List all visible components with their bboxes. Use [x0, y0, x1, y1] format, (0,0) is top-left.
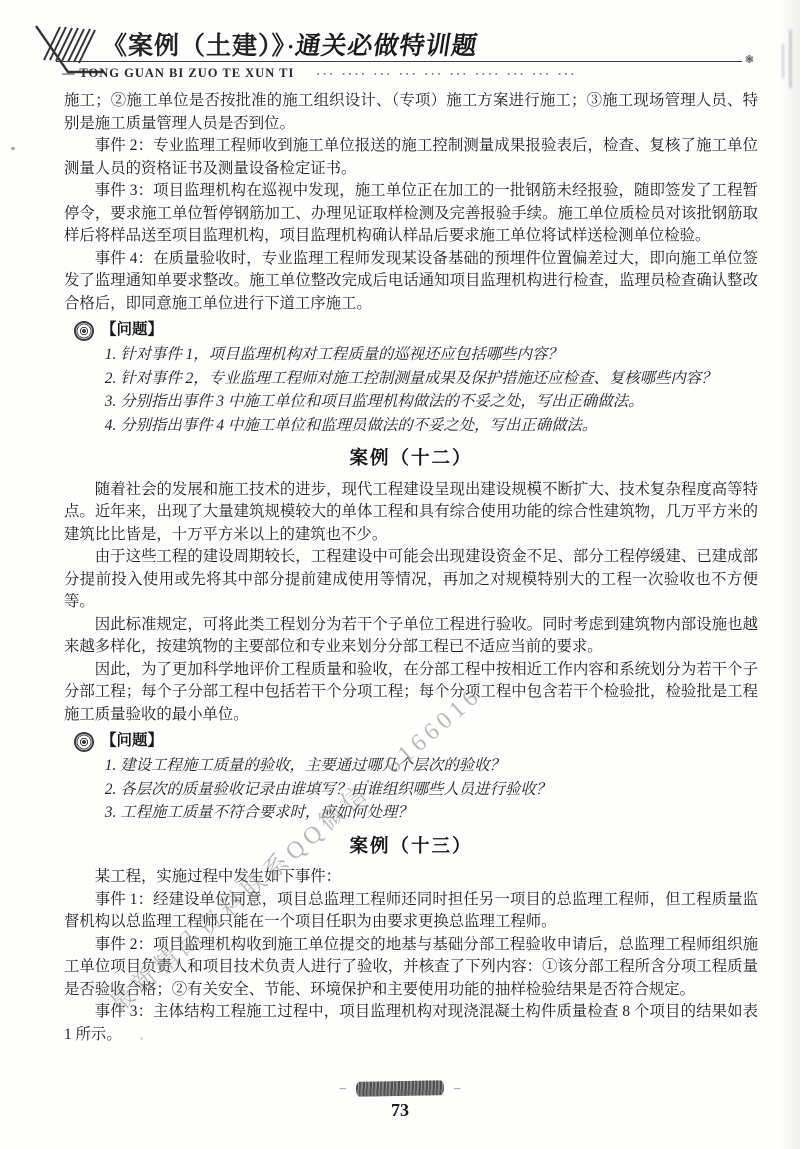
- case12-question-2: 2. 各层次的质量验收记录由谁填写？由谁组织哪些人员进行验收？: [74, 778, 758, 802]
- book-title-series: 《案例（土建）》: [102, 32, 285, 60]
- scanned-textbook-page: 《案例（土建）》·通关必做特训题 ❃ — TONG GUAN BI ZUO TE…: [0, 0, 800, 1149]
- problems-label: 【问题】: [101, 319, 163, 342]
- case13-event-3: 事件 3：主体结构工程施工过程中，项目监理机构对现浇混凝土构件质量检查 8 个项…: [64, 1001, 758, 1046]
- case12-problems-block: 【问题】 1. 建设工程施工质量的验收，主要通过哪几个层次的验收？ 2. 各层次…: [74, 729, 758, 825]
- case12-paragraph-1: 随着社会的发展和施工技术的进步，现代工程建设呈现出建设规模不断扩大、技术复杂程度…: [64, 479, 758, 547]
- case11-event-4: 事件 4：在质量验收时，专业监理工程师发现某设备基础的预埋件位置偏差过大，即向施…: [64, 248, 758, 316]
- case11-problems-block: 【问题】 1. 针对事件 1，项目监理机构对工程质量的巡视还应包括哪些内容？ 2…: [74, 318, 758, 437]
- case12-question-3: 3. 工程施工质量不符合要求时，应如何处理？: [74, 801, 758, 825]
- case11-event-3: 事件 3：项目监理机构在巡视中发现，施工单位正在加工的一批钢筋未经报验，随即签发…: [64, 180, 758, 248]
- footer-ink-blob: [356, 1080, 444, 1097]
- case11-problems-header: 【问题】: [74, 318, 758, 343]
- page-number: 73: [0, 1100, 800, 1121]
- book-subtitle-pinyin: TONG GUAN BI ZUO TE XUN TI: [79, 66, 294, 80]
- page-footer: – – 73: [0, 1080, 800, 1121]
- page-header: 《案例（土建）》·通关必做特训题 ❃ — TONG GUAN BI ZUO TE…: [0, 0, 800, 88]
- case11-question-3: 3. 分别指出事件 3 中施工单位和项目监理机构做法的不妥之处，写出正确做法。: [74, 390, 758, 414]
- page-body: 施工；②施工单位是否按批准的施工组织设计、（专项）施工方案进行施工；③施工现场管…: [64, 90, 758, 1046]
- case12-paragraph-2: 由于这些工程的建设周期较长，工程建设中可能会出现建设资金不足、部分工程停缓建、已…: [64, 546, 758, 614]
- scan-speck: [140, 1037, 143, 1040]
- subtitle-dash: —: [62, 66, 76, 80]
- scan-speck: [11, 147, 15, 150]
- book-title-main: 通关必做特训题: [294, 26, 482, 62]
- problems-stamp-icon: [72, 319, 96, 343]
- case12-title: 案例（十二）: [64, 448, 758, 471]
- case12-problems-header: 【问题】: [74, 729, 758, 754]
- subtitle-dot-ornaments: ∙∙∙ ∙∙∙∙ ∙∙∙ ∙∙∙ ∙∙∙ ∙∙∙ ∙∙∙∙ ∙∙∙ ∙∙∙ ∙∙…: [316, 70, 577, 80]
- book-title: 《案例（土建）》·通关必做特训题: [102, 26, 478, 62]
- footer-dash-left: –: [340, 1080, 347, 1096]
- case13-title: 案例（十三）: [64, 836, 758, 859]
- case12-paragraph-3: 因此标准规定，可将此类工程划分为若干个子单位工程进行验收。同时考虑到建筑物内部设…: [64, 614, 758, 659]
- case12-question-1: 1. 建设工程施工质量的验收，主要通过哪几个层次的验收？: [74, 754, 758, 778]
- scan-streak: [782, 44, 784, 78]
- header-divider-line: [56, 61, 742, 62]
- footer-dash-right: –: [454, 1080, 461, 1096]
- case12-paragraph-4: 因此，为了更加科学地评价工程质量和验收，在分部工程中按相近工作内容和系统划分为若…: [64, 659, 758, 727]
- problems-stamp-icon: [72, 730, 96, 754]
- scan-streak: [789, 30, 792, 88]
- scan-speck: [688, 1008, 691, 1010]
- case11-question-1: 1. 针对事件 1，项目监理机构对工程质量的巡视还应包括哪些内容？: [74, 343, 758, 367]
- case11-question-4: 4. 分别指出事件 4 中施工单位和监理员做法的不妥之处，写出正确做法。: [74, 414, 758, 438]
- case13-event-2: 事件 2：项目监理机构收到施工单位提交的地基与基础分部工程验收申请后，总监理工程…: [64, 934, 758, 1002]
- case11-question-2: 2. 针对事件 2，专业监理工程师对施工控制测量成果及保护措施还应检查、复核哪些…: [74, 367, 758, 391]
- footer-ornament-row: – –: [0, 1080, 800, 1096]
- case13-event-1: 事件 1：经建设单位同意，项目总监理工程师还同时担任另一项目的总监理工程师，但工…: [64, 889, 758, 934]
- paragraph-continuation: 施工；②施工单位是否按批准的施工组织设计、（专项）施工方案进行施工；③施工现场管…: [64, 90, 758, 135]
- header-flower-ornament-icon: ❃: [745, 53, 754, 66]
- book-subtitle-row: — TONG GUAN BI ZUO TE XUN TI ∙∙∙ ∙∙∙∙ ∙∙…: [62, 66, 577, 81]
- case13-intro: 某工程，实施过程中发生如下事件：: [64, 866, 758, 889]
- problems-label: 【问题】: [101, 730, 163, 753]
- case11-event-2: 事件 2：专业监理工程师收到施工单位报送的施工控制测量成果报验表后，检查、复核了…: [64, 135, 758, 180]
- scan-edge-shadow: [780, 0, 800, 1149]
